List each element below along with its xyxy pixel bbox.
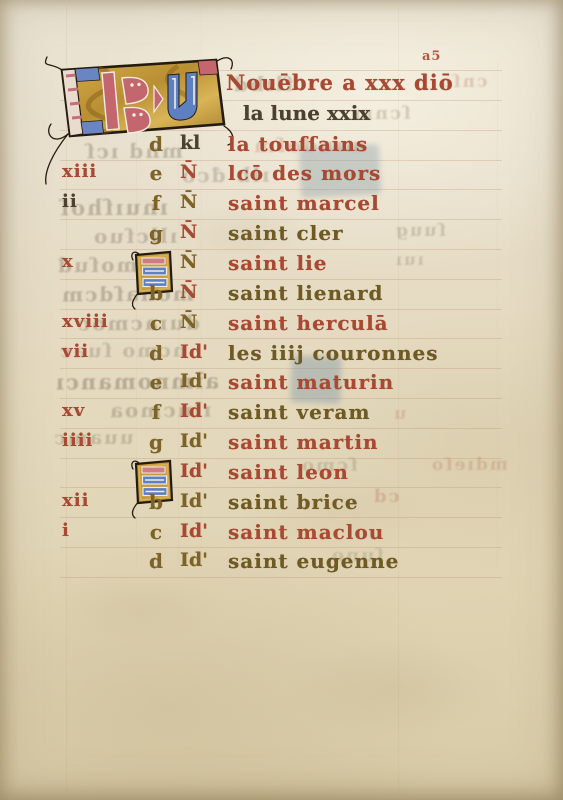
calendar-row: x N̄ saint lie	[0, 251, 563, 281]
feast-name: saint veram	[228, 400, 371, 424]
folio-signature: a5	[422, 49, 441, 64]
manuscript-page: ſlıbdcnſoſcnmmındoſmmnd ıcſılb đcoınuıſh…	[0, 0, 563, 800]
golden-number: vii	[62, 341, 136, 362]
roman-day-abbreviation: N̄	[180, 191, 226, 213]
dominical-letter: d	[138, 549, 174, 573]
golden-number: ii	[62, 191, 136, 212]
lunar-line: la lune xxix	[243, 101, 370, 125]
feast-name: saint lie	[228, 251, 327, 275]
dominical-letter: g	[138, 221, 174, 245]
roman-day-abbreviation: Id'	[180, 341, 226, 363]
calendar-row: xv f Id' saint veram	[0, 400, 563, 430]
calendar-row: iiii g Id' saint martin	[0, 430, 563, 460]
dominical-letter: e	[138, 161, 174, 185]
calendar-row: xii b Id' saint brice	[0, 490, 563, 520]
calendar-row: b N̄ saint lienard	[0, 281, 563, 311]
dominical-letter: b	[138, 490, 174, 514]
feast-name: saint brice	[228, 490, 359, 514]
calendar-row: d kl la touſſains	[0, 132, 563, 162]
roman-day-abbreviation: N̄	[180, 221, 226, 243]
feast-name: lcō des mors	[228, 161, 381, 185]
feast-name: saint marcel	[228, 191, 380, 215]
roman-day-abbreviation: Id'	[180, 490, 226, 512]
roman-day-abbreviation: Id'	[180, 370, 226, 392]
roman-day-abbreviation: Id'	[180, 460, 226, 482]
roman-day-abbreviation: N̄	[180, 311, 226, 333]
feast-name: saint cler	[228, 221, 344, 245]
feast-name: saint maclou	[228, 520, 384, 544]
roman-day-abbreviation: Id'	[180, 400, 226, 422]
golden-number: i	[62, 520, 136, 541]
calendar-row: ii f N̄ saint marcel	[0, 191, 563, 221]
golden-number: x	[62, 251, 136, 272]
feast-name: saint lienard	[228, 281, 384, 305]
calendar-row: Id' saint leon	[0, 460, 563, 490]
dominical-letter: c	[138, 520, 174, 544]
roman-day-abbreviation: N̄	[180, 281, 226, 303]
golden-number: xii	[62, 490, 136, 511]
month-header-line: Nouēbre a xxx diō	[226, 70, 454, 95]
feast-name: la touſſains	[228, 132, 368, 156]
calendar-row: e Id' saint maturin	[0, 370, 563, 400]
feast-name: les iiij couronnes	[228, 341, 439, 365]
feast-name: saint leon	[228, 460, 349, 484]
dominical-letter: b	[138, 281, 174, 305]
feast-name: saint maturin	[228, 370, 394, 394]
dominical-letter: f	[138, 400, 174, 424]
calendar-row: i c Id' saint maclou	[0, 520, 563, 550]
calendar-row: vii d Id' les iiij couronnes	[0, 341, 563, 371]
feast-name: saint martin	[228, 430, 379, 454]
calendar-row: d Id' saint eugenne	[0, 549, 563, 579]
dominical-letter: d	[138, 341, 174, 365]
calendar-row: xviii c N̄ saint herculā	[0, 311, 563, 341]
dominical-letter: g	[138, 430, 174, 454]
roman-day-abbreviation: N̄	[180, 161, 226, 183]
feast-name: saint herculā	[228, 311, 389, 335]
calendar-row: g N̄ saint cler	[0, 221, 563, 251]
dominical-letter: f	[138, 191, 174, 215]
dominical-letter: d	[138, 132, 174, 156]
roman-day-abbreviation: Id'	[180, 430, 226, 452]
golden-number: iiii	[62, 430, 136, 451]
calendar-row: xiii e N̄ lcō des mors	[0, 161, 563, 191]
dominical-letter: c	[138, 311, 174, 335]
roman-day-abbreviation: Id'	[180, 520, 226, 542]
golden-number: xv	[62, 400, 136, 421]
feast-name: saint eugenne	[228, 549, 399, 573]
roman-day-abbreviation: kl	[180, 132, 226, 154]
roman-day-abbreviation: N̄	[180, 251, 226, 273]
golden-number: xiii	[62, 161, 136, 182]
roman-day-abbreviation: Id'	[180, 549, 226, 571]
golden-number: xviii	[62, 311, 136, 332]
dominical-letter: e	[138, 370, 174, 394]
